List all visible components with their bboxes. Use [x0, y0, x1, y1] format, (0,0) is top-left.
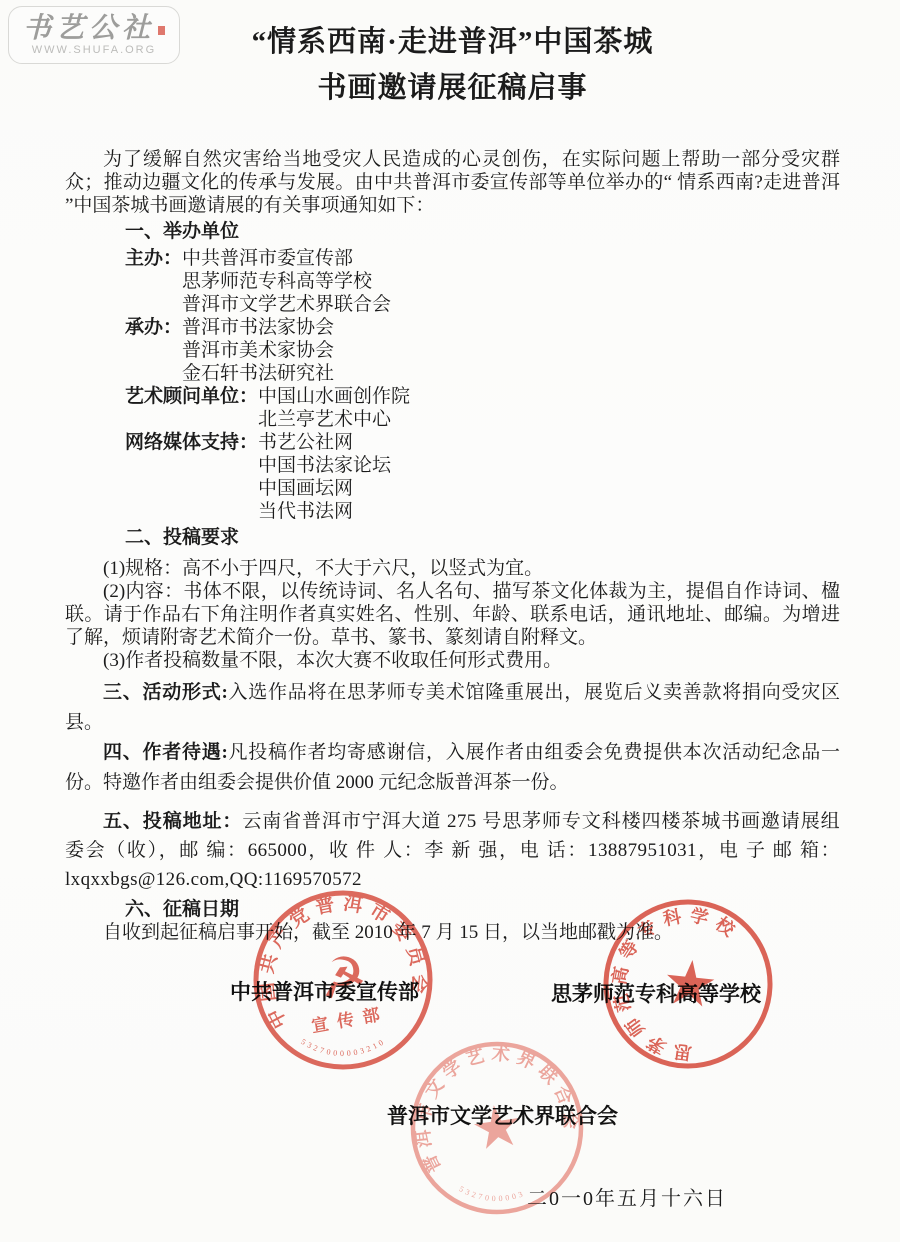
role-item: 普洱市美术家协会 [182, 339, 334, 362]
section-5-label: 五、投稿地址： [103, 811, 242, 832]
role-label: 承办： [125, 316, 182, 339]
role-label: 网络媒体支持： [125, 431, 258, 454]
role-item: 当代书法网 [258, 500, 391, 523]
role-item: 中共普洱市委宣传部 [182, 247, 391, 270]
role-item: 中国书法家论坛 [258, 454, 391, 477]
section-4-label: 四、作者待遇: [103, 742, 228, 763]
submission-rule-1: (1)规格：高不小于四尺，不大于六尺，以竖式为宜。 [65, 557, 840, 580]
role-items: 普洱市书法家协会 普洱市美术家协会 金石轩书法研究社 [182, 316, 334, 385]
scanned-document-page: 书艺公社 WWW.SHUFA.ORG “情系西南·走进普洱”中国茶城 书画邀请展… [0, 0, 900, 1242]
signature-label-simao-college: 思茅师范专科高等学校 [551, 978, 761, 1008]
document-title-block: “情系西南·走进普洱”中国茶城 书画邀请展征稿启事 [65, 24, 840, 106]
signature-label-propaganda-dept: 中共普洱市委宣传部 [230, 976, 419, 1006]
seal-serial-number: 5327000003 [457, 1176, 528, 1209]
role-host: 主办： 中共普洱市委宣传部 思茅师范专科高等学校 普洱市文学艺术界联合会 [125, 247, 840, 316]
role-item: 中国山水画创作院 [258, 385, 410, 408]
role-label: 艺术顾问单位： [125, 385, 258, 408]
svg-text:5327000003: 5327000003 [457, 1176, 528, 1209]
role-item: 金石轩书法研究社 [182, 362, 334, 385]
document-body: “情系西南·走进普洱”中国茶城 书画邀请展征稿启事 为了缓解自然灾害给当地受灾人… [65, 0, 840, 944]
role-item: 普洱市书法家协会 [182, 316, 334, 339]
role-item: 中国画坛网 [258, 477, 391, 500]
section-2-heading: 二、投稿要求 [65, 526, 840, 549]
seal-inner-text: 宣传部 [310, 1003, 390, 1036]
role-item: 书艺公社网 [258, 431, 391, 454]
title-line-1: “情系西南·走进普洱”中国茶城 [65, 24, 840, 60]
submission-rule-3: (3)作者投稿数量不限，本次大赛不收取任何形式费用。 [65, 649, 840, 672]
intro-paragraph: 为了缓解自然灾害给当地受灾人民造成的心灵创伤，在实际问题上帮助一部分受灾群众；推… [65, 148, 840, 217]
role-media-support: 网络媒体支持： 书艺公社网 中国书法家论坛 中国画坛网 当代书法网 [125, 431, 840, 523]
section-3-label: 三、活动形式: [103, 682, 228, 703]
section-1-heading: 一、举办单位 [65, 220, 840, 243]
role-organizer: 承办： 普洱市书法家协会 普洱市美术家协会 金石轩书法研究社 [125, 316, 840, 385]
seal-serial-number: 5327000003210 [298, 1023, 389, 1066]
role-items: 书艺公社网 中国书法家论坛 中国画坛网 当代书法网 [258, 431, 391, 523]
title-line-2: 书画邀请展征稿启事 [65, 70, 840, 106]
role-item: 思茅师范专科高等学校 [182, 270, 391, 293]
signature-label-literary-federation: 普洱市文学艺术界联合会 [387, 1100, 618, 1130]
section-4-paragraph: 四、作者待遇:凡投稿作者均寄感谢信，入展作者由组委会免费提供本次活动纪念品一份。… [65, 738, 840, 798]
section-5-paragraph: 五、投稿地址：云南省普洱市宁洱大道 275 号思茅师专文科楼四楼茶城书画邀请展组… [65, 807, 840, 894]
section-3-paragraph: 三、活动形式:入选作品将在思茅师专美术馆隆重展出，展览后义卖善款将捐向受灾区县。 [65, 678, 840, 738]
section-6-heading: 六、征稿日期 [65, 898, 840, 921]
role-item: 普洱市文学艺术界联合会 [182, 293, 391, 316]
role-items: 中国山水画创作院 北兰亭艺术中心 [258, 385, 410, 431]
organizer-roles: 主办： 中共普洱市委宣传部 思茅师范专科高等学校 普洱市文学艺术界联合会 承办：… [125, 247, 840, 523]
role-label: 主办： [125, 247, 182, 270]
role-art-advisor: 艺术顾问单位： 中国山水画创作院 北兰亭艺术中心 [125, 385, 840, 431]
document-date: 二0一0年五月十六日 [527, 1182, 727, 1211]
section-6-text: 自收到起征稿启事开始，截至 2010 年 7 月 15 日，以当地邮戳为准。 [65, 921, 840, 944]
role-item: 北兰亭艺术中心 [258, 408, 410, 431]
role-items: 中共普洱市委宣传部 思茅师范专科高等学校 普洱市文学艺术界联合会 [182, 247, 391, 316]
svg-text:5327000003210: 5327000003210 [298, 1023, 389, 1066]
submission-rule-2: (2)内容：书体不限，以传统诗词、名人名句、描写茶文化体裁为主，提倡自作诗词、楹… [65, 580, 840, 649]
